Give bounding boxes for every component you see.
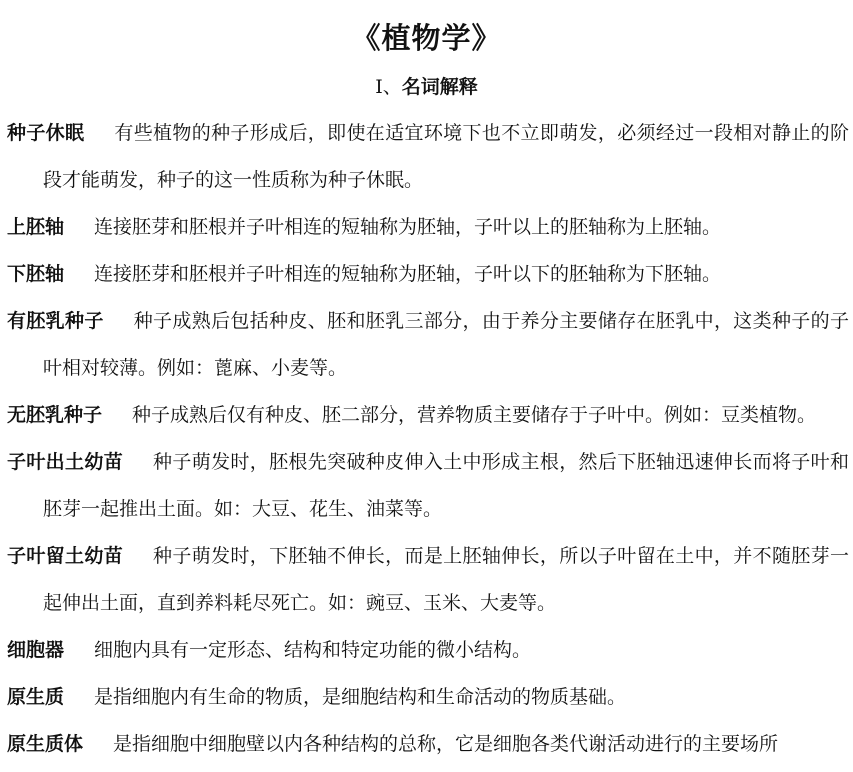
glossary-entry: 子叶留土幼苗种子萌发时，下胚轴不伸长，而是上胚轴伸长，所以子叶留在土中，并不随胚… <box>7 533 849 627</box>
glossary-entry: 无胚乳种子种子成熟后仅有种皮、胚二部分，营养物质主要储存于子叶中。例如：豆类植物… <box>7 392 849 439</box>
glossary-definition: 连接胚芽和胚根并子叶相连的短轴称为胚轴，子叶以上的胚轴称为上胚轴。 <box>94 216 721 238</box>
glossary-entry: 原生质是指细胞内有生命的物质，是细胞结构和生命活动的物质基础。 <box>7 674 849 721</box>
glossary-definition: 种子成熟后包括种皮、胚和胚乳三部分，由于养分主要储存在胚乳中，这类种子的子叶相对… <box>43 310 849 379</box>
glossary-entry: 下胚轴连接胚芽和胚根并子叶相连的短轴称为胚轴，子叶以下的胚轴称为下胚轴。 <box>7 251 849 298</box>
glossary-definition: 连接胚芽和胚根并子叶相连的短轴称为胚轴，子叶以下的胚轴称为下胚轴。 <box>94 263 721 285</box>
glossary-definition: 是指细胞内有生命的物质，是细胞结构和生命活动的物质基础。 <box>94 686 626 708</box>
glossary-list: 种子休眠有些植物的种子形成后，即使在适宜环境下也不立即萌发，必须经过一段相对静止… <box>7 110 849 768</box>
glossary-definition: 种子成熟后仅有种皮、胚二部分，营养物质主要储存于子叶中。例如：豆类植物。 <box>132 404 816 426</box>
glossary-definition: 细胞内具有一定形态、结构和特定功能的微小结构。 <box>94 639 531 661</box>
glossary-term: 原生质体 <box>7 733 83 755</box>
glossary-term: 子叶留土幼苗 <box>7 545 123 567</box>
glossary-definition: 有些植物的种子形成后，即使在适宜环境下也不立即萌发，必须经过一段相对静止的阶段才… <box>43 122 849 191</box>
section-heading: Ⅰ、名词解释 <box>0 73 853 102</box>
glossary-definition: 是指细胞中细胞壁以内各种结构的总称，它是细胞各类代谢活动进行的主要场所 <box>113 733 778 755</box>
glossary-entry: 有胚乳种子种子成熟后包括种皮、胚和胚乳三部分，由于养分主要储存在胚乳中，这类种子… <box>7 298 849 392</box>
glossary-term: 子叶出土幼苗 <box>7 451 123 473</box>
document-page: 《植物学》 Ⅰ、名词解释 种子休眠有些植物的种子形成后，即使在适宜环境下也不立即… <box>0 0 853 772</box>
glossary-term: 细胞器 <box>7 639 64 661</box>
document-title: 《植物学》 <box>0 18 853 58</box>
glossary-entry: 细胞器细胞内具有一定形态、结构和特定功能的微小结构。 <box>7 627 849 674</box>
glossary-definition: 种子萌发时，下胚轴不伸长，而是上胚轴伸长，所以子叶留在土中，并不随胚芽一起伸出土… <box>43 545 849 614</box>
section-separator: 、 <box>383 76 402 98</box>
glossary-term: 上胚轴 <box>7 216 64 238</box>
glossary-term: 原生质 <box>7 686 64 708</box>
glossary-term: 无胚乳种子 <box>7 404 102 426</box>
glossary-term: 种子休眠 <box>7 122 84 144</box>
glossary-entry: 子叶出土幼苗种子萌发时，胚根先突破种皮伸入土中形成主根，然后下胚轴迅速伸长而将子… <box>7 439 849 533</box>
section-label: 名词解释 <box>402 76 478 98</box>
glossary-entry: 原生质体是指细胞中细胞壁以内各种结构的总称，它是细胞各类代谢活动进行的主要场所 <box>7 721 849 768</box>
glossary-entry: 种子休眠有些植物的种子形成后，即使在适宜环境下也不立即萌发，必须经过一段相对静止… <box>7 110 849 204</box>
section-number: Ⅰ <box>375 77 383 98</box>
glossary-definition: 种子萌发时，胚根先突破种皮伸入土中形成主根，然后下胚轴迅速伸长而将子叶和胚芽一起… <box>43 451 849 520</box>
glossary-term: 下胚轴 <box>7 263 64 285</box>
glossary-term: 有胚乳种子 <box>7 310 104 332</box>
glossary-entry: 上胚轴连接胚芽和胚根并子叶相连的短轴称为胚轴，子叶以上的胚轴称为上胚轴。 <box>7 204 849 251</box>
